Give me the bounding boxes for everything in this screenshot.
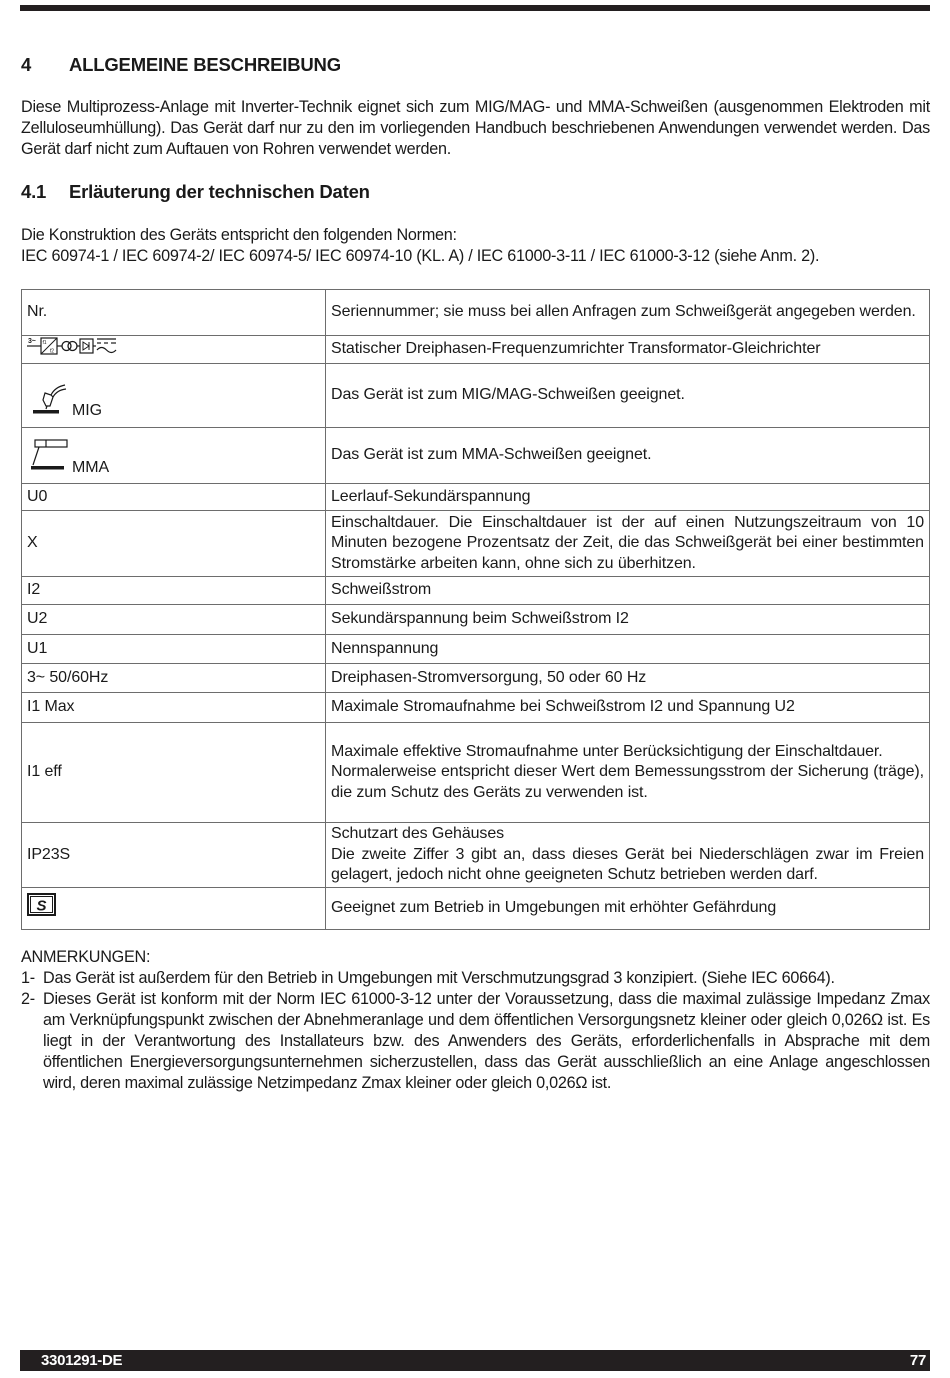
section-number: 4 [21, 54, 69, 76]
section-heading: 4ALLGEMEINE BESCHREIBUNG [21, 54, 341, 76]
table-row: I1 eff Maximale effektive Stromaufnahme … [22, 723, 930, 823]
row-key: U1 [22, 635, 326, 664]
page-footer: 3301291-DE 77 [20, 1350, 930, 1371]
row-description-note: Die zweite Ziffer 3 gibt an, dass dieses… [331, 845, 924, 886]
row-key: I2 [22, 577, 326, 605]
s-mark-icon: S [27, 893, 57, 924]
table-row: X Einschaltdauer. Die Einschaltdauer ist… [22, 511, 930, 577]
note-text: Dieses Gerät ist konform mit der Norm IE… [43, 989, 930, 1094]
row-description: Dreiphasen-Stromversorgung, 50 oder 60 H… [326, 664, 930, 693]
row-key: X [22, 511, 326, 577]
technical-data-table: Nr. Seriennummer; sie muss bei allen Anf… [21, 289, 930, 930]
row-description: Statischer Dreiphasen-Frequenzumrichter … [326, 336, 930, 364]
row-key: Nr. [22, 290, 326, 336]
row-key: I1 eff [22, 723, 326, 823]
row-description: Das Gerät ist zum MMA-Schweißen geeignet… [326, 428, 930, 484]
table-row: U1 Nennspannung [22, 635, 930, 664]
three-phase-inverter-transformer-rectifier-symbol: 3~ f1 f2 [27, 336, 119, 363]
row-description: Leerlauf-Sekundärspannung [326, 484, 930, 511]
section-title: ALLGEMEINE BESCHREIBUNG [69, 54, 341, 75]
svg-text:S: S [37, 898, 47, 915]
table-row: MIG Das Gerät ist zum MIG/MAG-Schweißen … [22, 364, 930, 428]
norms-list: IEC 60974-1 / IEC 60974-2/ IEC 60974-5/ … [21, 246, 930, 267]
table-row: 3~ f1 f2 [22, 336, 930, 364]
row-key: I1 Max [22, 693, 326, 723]
table-row: MMA Das Gerät ist zum MMA-Schweißen geei… [22, 428, 930, 484]
note-item: 1- Das Gerät ist außerdem für den Betrie… [21, 968, 930, 989]
table-row: I1 Max Maximale Stromaufnahme bei Schwei… [22, 693, 930, 723]
row-key: IP23S [22, 823, 326, 888]
row-description: Schutzart des Gehäuses [331, 824, 924, 845]
section-paragraph: Diese Multiprozess-Anlage mit Inverter-T… [21, 97, 930, 160]
row-description: Maximale effektive Stromaufnahme unter B… [331, 742, 924, 763]
note-number: 2- [21, 989, 43, 1094]
svg-text:f1: f1 [43, 340, 47, 346]
row-description: Schweißstrom [326, 577, 930, 605]
note-item: 2- Dieses Gerät ist konform mit der Norm… [21, 989, 930, 1094]
row-description: Maximale Stromaufnahme bei Schweißstrom … [326, 693, 930, 723]
row-description: Einschaltdauer. Die Einschaltdauer ist d… [326, 511, 930, 577]
notes-block: ANMERKUNGEN: 1- Das Gerät ist außerdem f… [21, 947, 930, 1094]
row-description: Das Gerät ist zum MIG/MAG-Schweißen geei… [326, 364, 930, 428]
row-key: U0 [22, 484, 326, 511]
mig-torch-icon [31, 383, 69, 422]
svg-text:3~: 3~ [28, 338, 36, 345]
row-description: Seriennummer; sie muss bei allen Anfrage… [326, 290, 930, 336]
table-row: IP23S Schutzart des Gehäuses Die zweite … [22, 823, 930, 888]
row-description: Sekundärspannung beim Schweißstrom I2 [326, 605, 930, 635]
table-row: U0 Leerlauf-Sekundärspannung [22, 484, 930, 511]
subsection-heading: 4.1Erläuterung der technischen Daten [21, 181, 370, 203]
document-code: 3301291-DE [41, 1352, 122, 1369]
mma-label: MMA [72, 459, 109, 476]
norms-block: Die Konstruktion des Geräts entspricht d… [21, 225, 930, 267]
row-key: U2 [22, 605, 326, 635]
notes-heading: ANMERKUNGEN: [21, 947, 930, 968]
norms-intro: Die Konstruktion des Geräts entspricht d… [21, 225, 930, 246]
note-text: Das Gerät ist außerdem für den Betrieb i… [43, 968, 930, 989]
table-row: U2 Sekundärspannung beim Schweißstrom I2 [22, 605, 930, 635]
subsection-title: Erläuterung der technischen Daten [69, 181, 370, 202]
table-row: S Geeignet zum Betrieb in Umgebungen mit… [22, 888, 930, 930]
page-number: 77 [910, 1352, 926, 1369]
table-row: I2 Schweißstrom [22, 577, 930, 605]
row-description-note: Normalerweise entspricht dieser Wert dem… [331, 762, 924, 803]
table-row: Nr. Seriennummer; sie muss bei allen Anf… [22, 290, 930, 336]
row-key: 3~ 50/60Hz [22, 664, 326, 693]
note-number: 1- [21, 968, 43, 989]
mma-electrode-icon [29, 438, 69, 479]
mig-label: MIG [72, 402, 102, 419]
svg-text:f2: f2 [50, 349, 54, 355]
subsection-number: 4.1 [21, 181, 69, 203]
top-rule [20, 5, 930, 11]
row-description: Nennspannung [326, 635, 930, 664]
row-description: Geeignet zum Betrieb in Umgebungen mit e… [326, 888, 930, 930]
table-row: 3~ 50/60Hz Dreiphasen-Stromversorgung, 5… [22, 664, 930, 693]
